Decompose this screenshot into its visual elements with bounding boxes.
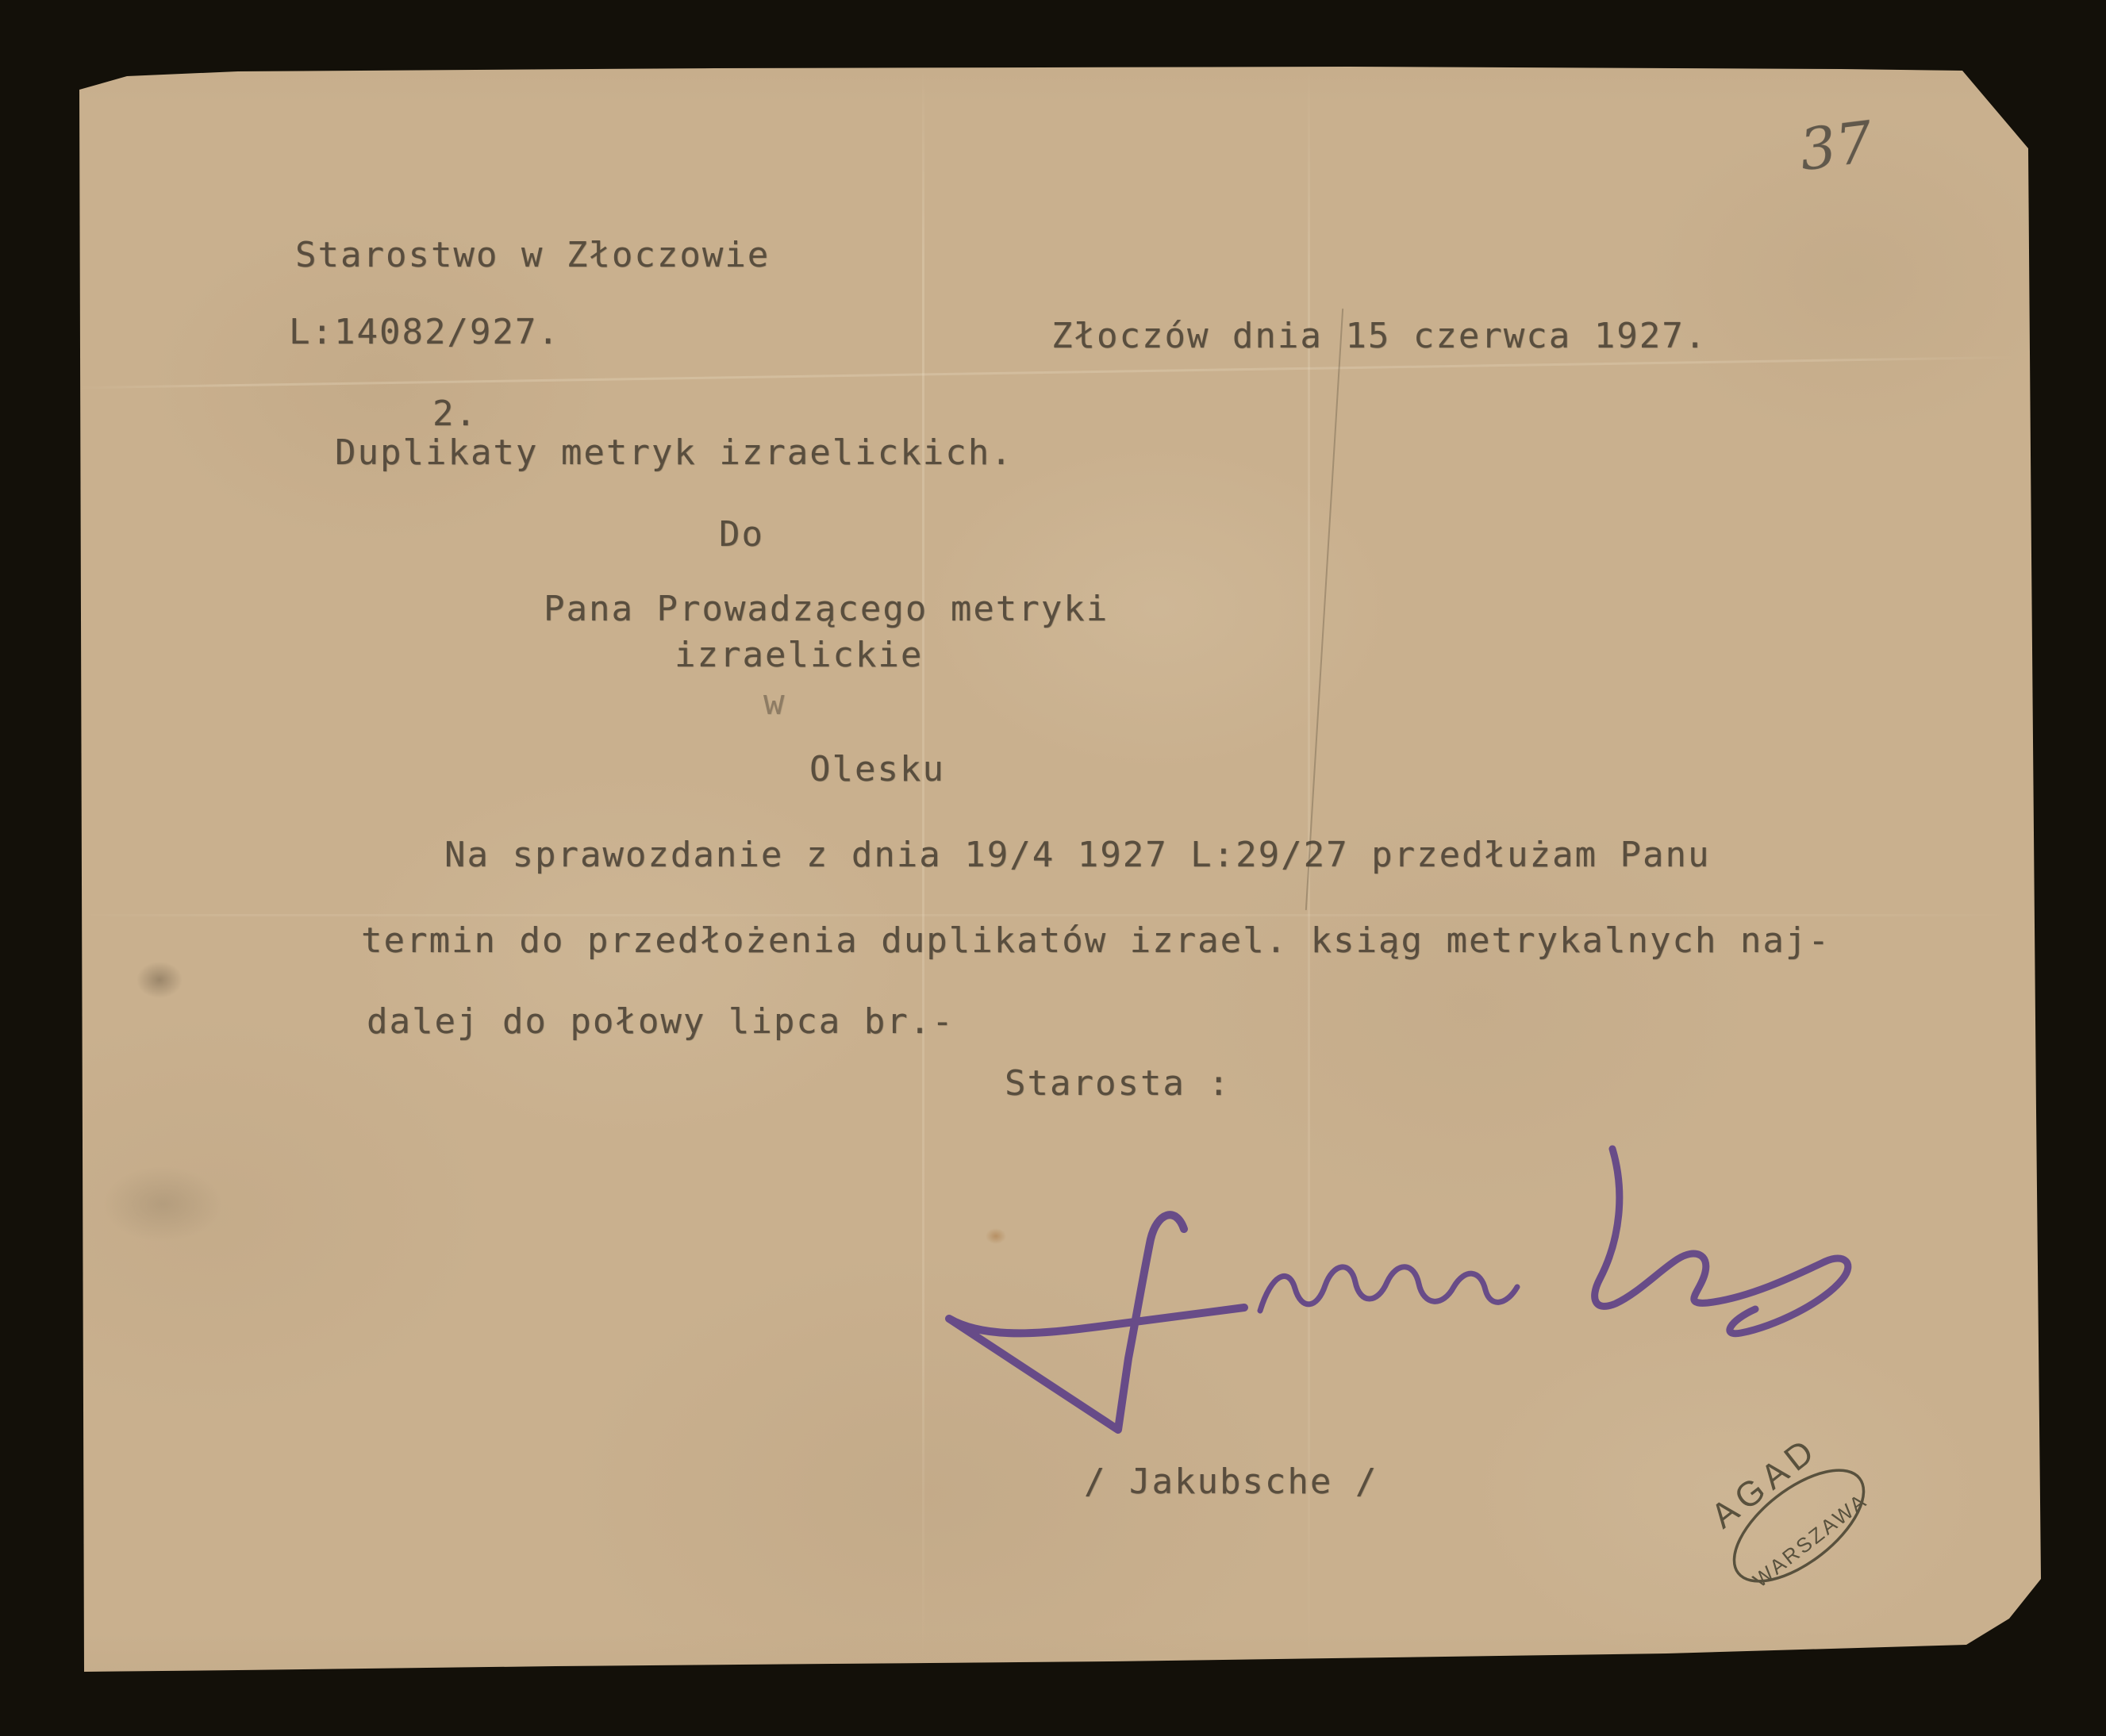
stamp-agad-text: AGAD (1704, 1429, 1826, 1536)
signature-ink (949, 1149, 1848, 1430)
document-paper: Starostwo w Złoczowie L:14082/927. Złocz… (0, 0, 2106, 1736)
ink-overlay: AGAD WARSZAWA (0, 0, 2106, 1736)
archive-stamp: AGAD WARSZAWA (1693, 1419, 1882, 1602)
scan-background: Starostwo w Złoczowie L:14082/927. Złocz… (0, 0, 2106, 1736)
